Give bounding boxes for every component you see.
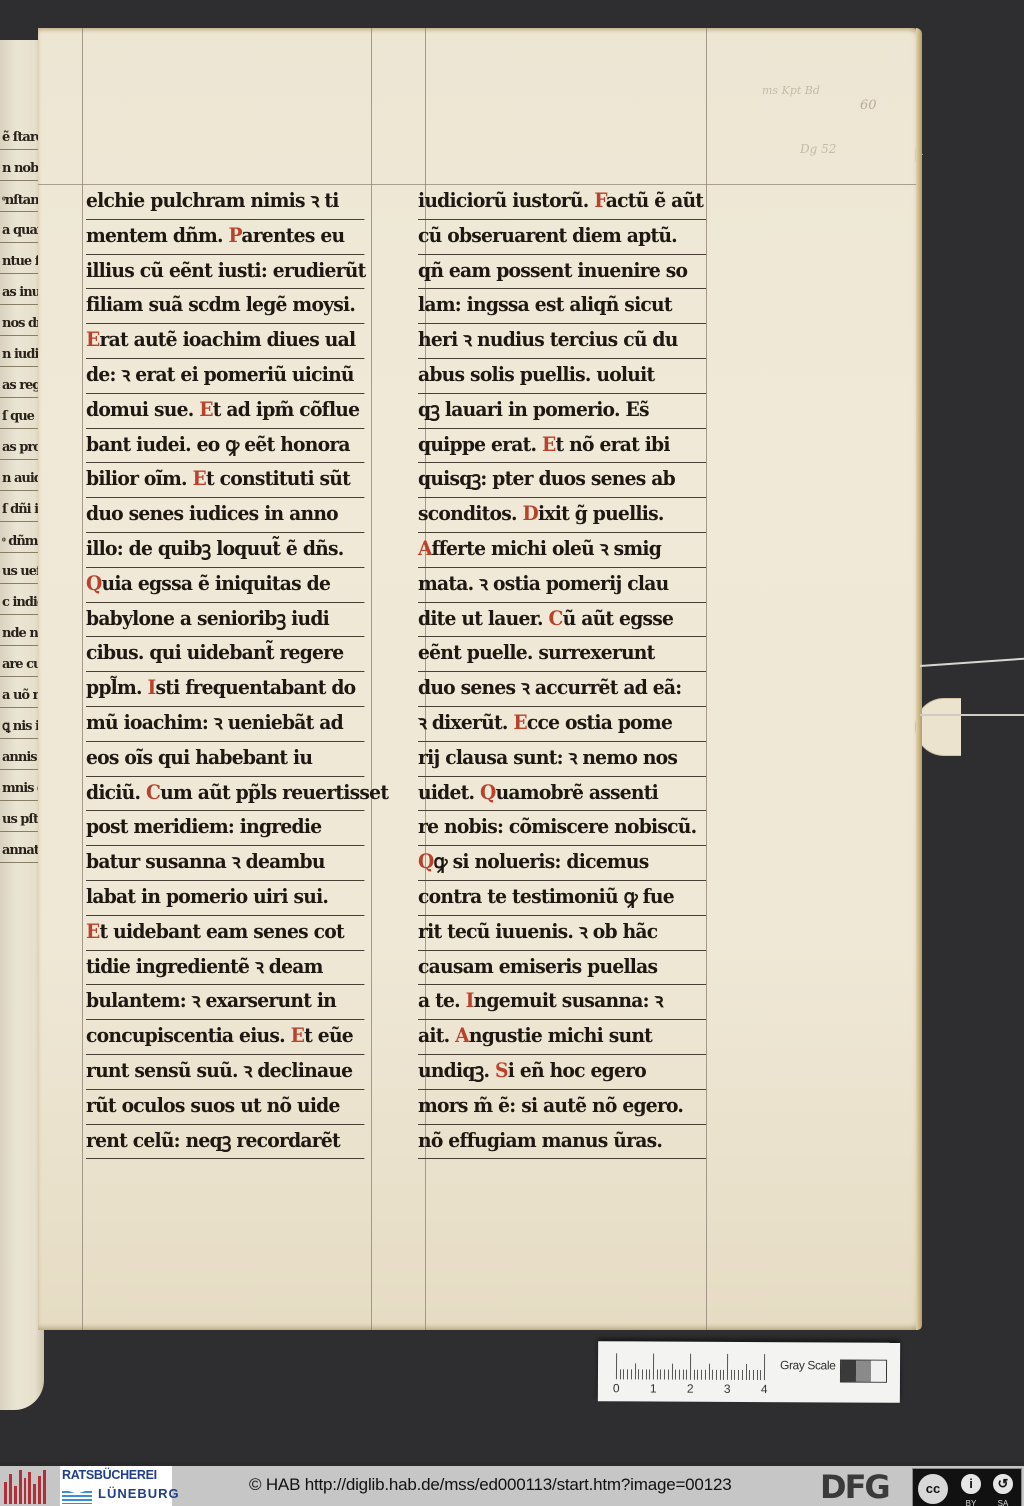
ruler-tick [668,1370,669,1380]
ruler-tick [712,1370,713,1380]
ruler-tick [760,1370,761,1380]
manuscript-line: quisqꝫ: pter duos senes ab [418,463,706,498]
ruler-tick [745,1364,746,1380]
manuscript-line: rũt oculos suos ut nõ uide [86,1090,364,1125]
rubricated-initial: Q [418,850,434,873]
color-scale-target: 01234 Gray Scale [598,1341,900,1403]
manuscript-line: domui sue. Et ad ipm̃ cõflue [86,394,364,429]
manuscript-line: ꝛ dixerũt. Ecce ostia pome [418,707,706,742]
ruler-tick [757,1370,758,1380]
ruler-tick [679,1370,680,1380]
rubricated-initial: P [229,224,242,247]
manuscript-line: Afferte michi oleũ ꝛ smig [418,533,706,568]
manuscript-line: re nobis: cõmiscere nobiscũ. [418,811,706,846]
manuscript-line: qꝫ lauari in pomerio. Es̃ [418,394,706,429]
manuscript-line: batur susanna ꝛ deambu [86,846,364,881]
ruling-line [82,28,83,1330]
manuscript-line: mata. ꝛ ostia pomerij clau [418,568,706,603]
ruler-tick [671,1364,672,1380]
ruler-tick [686,1370,687,1380]
ruler-tick [649,1369,650,1379]
manuscript-line: elchie pulchram nimis ꝛ ti [86,185,364,220]
manuscript-line: mentem dñm. Parentes eu [86,220,364,255]
manuscript-line: filiam suã scdm legẽ moysi. [86,289,364,324]
ruler-tick [708,1364,709,1380]
manuscript-line: Quia egssa ẽ iniquitas de [86,568,364,603]
ruler-label: 0 [613,1381,620,1395]
manuscript-line: heri ꝛ nudius tercius cũ du [418,324,706,359]
attribution-icon: i [959,1472,983,1496]
ruler-tick [664,1370,665,1380]
ruler-tick [716,1370,717,1380]
ruler-tick [701,1370,702,1380]
manuscript-line: Erat autẽ ioachim diues ual [86,324,364,359]
manuscript-line: babylone a senioribꝫ iudi [86,603,364,638]
ruler-tick [657,1370,658,1380]
gray-swatch [856,1361,871,1382]
rubricated-initial: E [86,328,100,351]
manuscript-line: cũ obseruarent diem aptũ. [418,220,706,255]
ruler-tick [753,1370,754,1380]
gray-swatch [841,1360,856,1381]
ruler-tick [616,1353,617,1379]
recto-page: ms Kpt Bd 60 Dg 52 |- elchie pulchram ni… [38,28,922,1330]
ruler-tick [764,1354,765,1380]
text-column-right: iudiciorũ iustorũ. Factũ ẽ aũtcũ obserua… [418,185,718,1159]
book-icon [62,1487,92,1504]
manuscript-line: Qꝙ si nolueris: dicemus [418,846,706,881]
dfg-logo: DFG [820,1469,889,1505]
pencil-shelfmark: ms Kpt Bd [762,84,820,97]
rubricated-initial: C [548,607,562,630]
manuscript-line: post meridiem: ingredie [86,811,364,846]
manuscript-line: duo senes ꝛ accurrẽt ad eã: [418,672,706,707]
pencil-note: Dg 52 [800,142,836,156]
ruler-tick [727,1354,728,1380]
manuscript-line: quippe erat. Et nõ erat ibi [418,429,706,464]
rubricated-initial: Q [86,572,102,595]
ruler-tick [694,1370,695,1380]
rubricated-initial: E [86,920,100,943]
ruler-tick [734,1370,735,1380]
manuscript-line: bilior oĩm. Et constituti sũt [86,463,364,498]
ruler-tick [675,1370,676,1380]
ruler-tick [731,1370,732,1380]
ruler-tick [738,1370,739,1380]
manuscript-line: labat in pomerio uiri sui. [86,881,364,916]
rubricated-initial: E [291,1024,305,1047]
manuscript-line: eẽnt puelle. surrexerunt [418,637,706,672]
library-name-top: RATSBÜCHEREI [62,1468,157,1482]
manuscript-line: contra te testimoniũ ꝙ fue [418,881,706,916]
manuscript-line: a te. Ingemuit susanna: ꝛ [418,985,706,1020]
copyright-link[interactable]: © HAB http://diglib.hab.de/mss/ed000113/… [249,1475,731,1495]
manuscript-line: illo: de quibꝫ loquut̃ ẽ dñs. [86,533,364,568]
manuscript-line: illius cũ eẽnt iusti: erudierũt [86,255,364,290]
ruler-tick [646,1369,647,1379]
manuscript-line: sconditos. Dixit g̃ puellis. [418,498,706,533]
manuscript-line: lam: ingssa est aliqñ sicut [418,289,706,324]
rubricated-initial: A [418,537,431,560]
manuscript-line: concupiscentia eius. Et eũe [86,1020,364,1055]
rubricated-initial: E [199,398,213,421]
ruler-label: 3 [724,1382,731,1396]
manuscript-line: undiqꝫ. Si eñ hoc egero [418,1055,706,1090]
manuscript-line: duo senes iudices in anno [86,498,364,533]
manuscript-line: qñ eam possent inuenire so [418,255,706,290]
license-by-label: BY [956,1499,986,1506]
manuscript-line: bulantem: ꝛ exarserunt in [86,985,364,1020]
ruler-tick [683,1370,684,1380]
ruler-tick [638,1369,639,1379]
manuscript-line: rit tecũ iuuenis. ꝛ ob hãc [418,916,706,951]
thread [920,714,1024,716]
ruler-labels: 01234 [598,1341,900,1343]
pencil-mark: |- [914,146,923,162]
manuscript-line: bant iudei. eo ꝙ eẽt honora [86,429,364,464]
manuscript-line: runt sensũ suũ. ꝛ declinaue [86,1055,364,1090]
gray-swatch [871,1361,886,1382]
gray-scale-swatches [840,1359,887,1382]
library-name-bottom: LÜNEBURG [98,1486,180,1501]
ruler-tick [634,1363,635,1379]
manuscript-line: tidie ingredientẽ ꝛ deam [86,951,364,986]
ruler-tick [720,1370,721,1380]
ruler-tick [705,1370,706,1380]
ruler-tick [620,1369,621,1379]
ruler-tick [723,1370,724,1380]
rubricated-initial: F [594,189,606,212]
ratsbuecherei-logo: RATSBÜCHEREI LÜNEBURG [60,1466,172,1506]
footer-bar: RATSBÜCHEREI LÜNEBURG © HAB http://digli… [0,1462,1024,1506]
creative-commons-icon: cc [916,1472,950,1506]
hab-logo-icon [4,1470,46,1504]
rubricated-initial: E [542,433,556,456]
manuscript-line: causam emiseris puellas [418,951,706,986]
ruler-tick [627,1369,628,1379]
ruler-tick [697,1370,698,1380]
manuscript-line: ait. Angustie michi sunt [418,1020,706,1055]
ruler-tick [623,1369,624,1379]
manuscript-line: diciũ. Cum aũt pp̃ls reuertisset [86,777,364,812]
ruler [616,1351,766,1380]
ruler-tick [631,1369,632,1379]
thread [920,657,1024,667]
manuscript-line: cibus. qui uidebant̃ regere [86,637,364,672]
manuscript-line: mors m̃ ẽ: si autẽ nõ egero. [418,1090,706,1125]
ruler-tick [690,1354,691,1380]
ruler-label: 2 [687,1382,694,1396]
rubricated-initial: A [455,1024,469,1047]
rubricated-initial: C [146,781,160,804]
image-viewer: ẽ ſtare abn nobis ſͦnſtant ea quam ꝗntue… [0,0,1024,1462]
rubricated-initial: E [513,711,527,734]
rubricated-initial: D [523,502,538,525]
manuscript-line: rent celũ: neqꝫ recordarẽt [86,1125,364,1160]
gray-scale-label: Gray Scale [780,1358,835,1372]
rubricated-initial: Q [480,781,496,804]
manuscript-line: de: ꝛ erat ei pomeriũ uicinũ [86,359,364,394]
folio-number: 60 [860,98,877,113]
page-tab-notch [915,698,961,756]
ruler-tick [653,1353,654,1379]
ruler-tick [660,1370,661,1380]
manuscript-line: eos oĩs qui habebant iu [86,742,364,777]
share-alike-icon: ↺ [991,1472,1015,1496]
manuscript-line: ppl̃m. Isti frequentabant do [86,672,364,707]
manuscript-line: rij clausa sunt: ꝛ nemo nos [418,742,706,777]
ruler-label: 4 [761,1382,768,1396]
cc-license-badge[interactable]: cc i ↺ BY SA [912,1468,1022,1506]
license-sa-label: SA [988,1499,1018,1506]
manuscript-line: mũ ioachim: ꝛ ueniebãt ad [86,707,364,742]
ruler-tick [642,1369,643,1379]
manuscript-line: uidet. Quamobrẽ assenti [418,777,706,812]
manuscript-line: iudiciorũ iustorũ. Factũ ẽ aũt [418,185,706,220]
ruler-tick [742,1370,743,1380]
ruler-tick [749,1370,750,1380]
rubricated-initial: S [495,1059,508,1082]
rubricated-initial: E [193,467,207,490]
manuscript-line: abus solis puellis. uoluit [418,359,706,394]
text-column-left: elchie pulchram nimis ꝛ timentem dñm. Pa… [86,185,376,1159]
rubricated-initial: I [466,989,474,1012]
manuscript-line: Et uidebant eam senes cot [86,916,364,951]
manuscript-line: nõ effugiam manus ũras. [418,1125,706,1160]
ruler-label: 1 [650,1381,657,1395]
manuscript-line: dite ut lauer. Cũ aũt egsse [418,603,706,638]
